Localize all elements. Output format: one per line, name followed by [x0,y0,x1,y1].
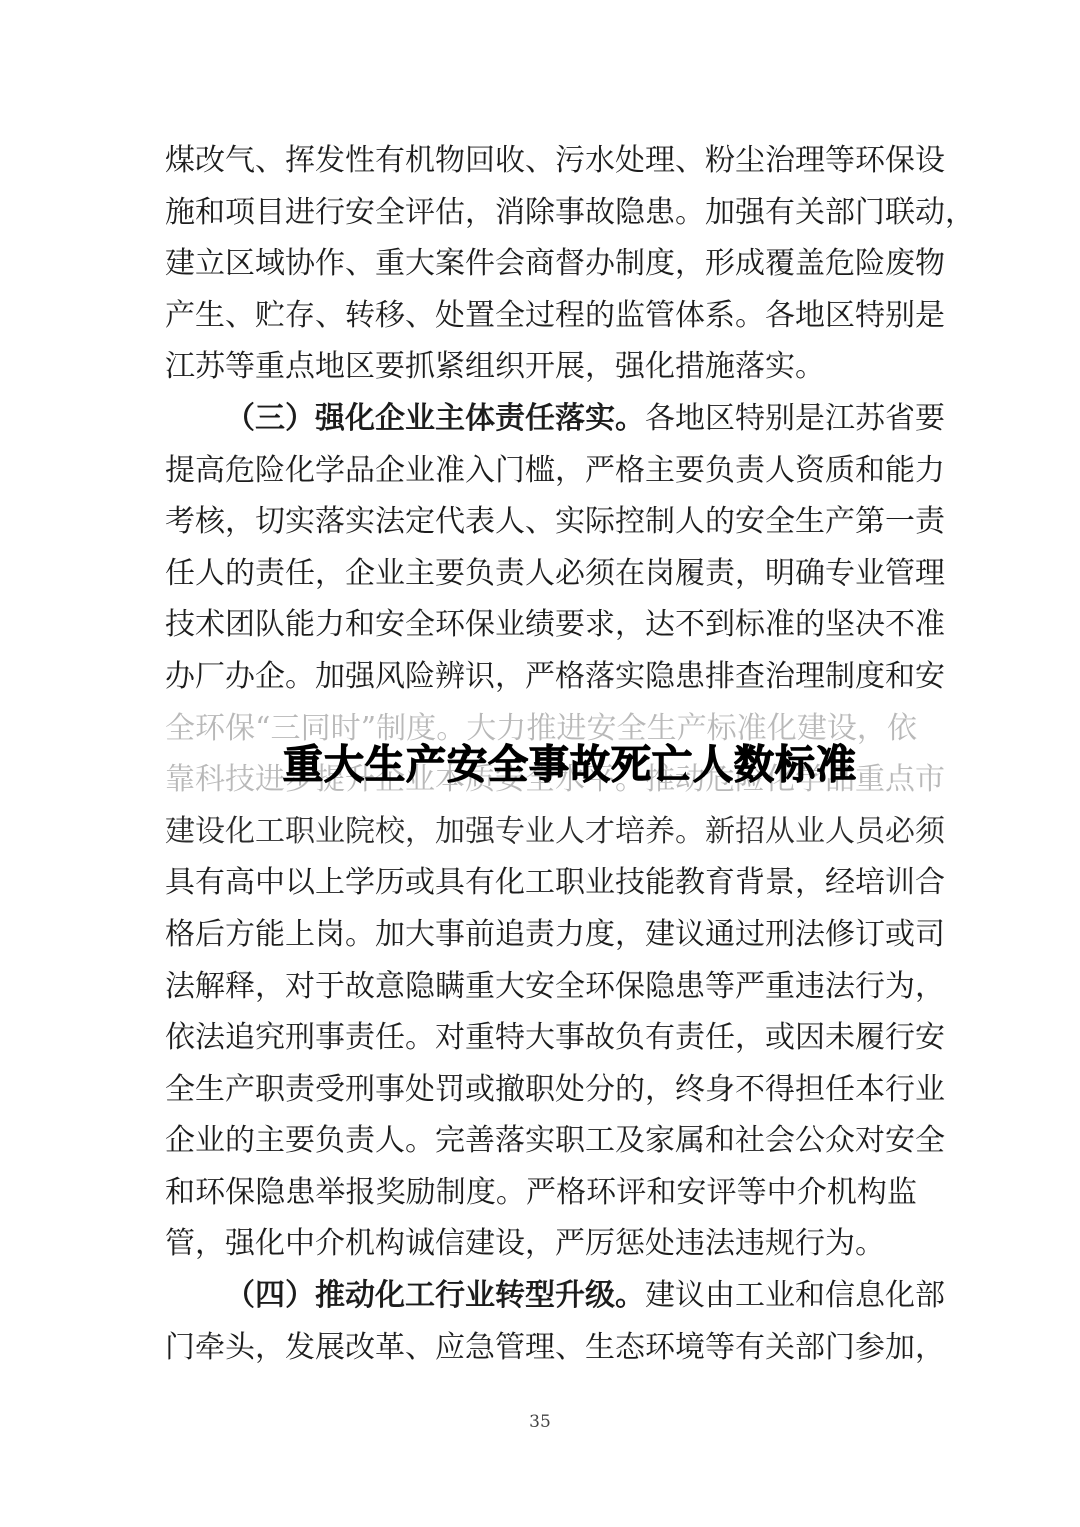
text-line: 煤改气、挥发性有机物回收、污水处理、粉尘治理等环保设 [165,135,917,187]
text-line: 技术团队能力和安全环保业绩要求，达不到标准的坚决不准 [165,599,917,651]
text-line: 格后方能上岗。加大事前追责力度，建议通过刑法修订或司 [165,909,917,961]
text-line: 全生产职责受刑事处罚或撤职处分的，终身不得担任本行业 [165,1064,917,1116]
text-line: 任人的责任，企业主要负责人必须在岗履责，明确专业管理 [165,548,917,600]
section-text: 建议由工业和信息化部 [645,1278,945,1313]
text-line: 江苏等重点地区要抓紧组织开展，强化措施落实。 [165,341,917,393]
text-line: 企业的主要负责人。完善落实职工及家属和社会公众对安全 [165,1115,917,1167]
text-line: 产生、贮存、转移、处置全过程的监管体系。各地区特别是 [165,290,917,342]
section-heading-line: （四）推动化工行业转型升级。建议由工业和信息化部 [165,1270,917,1322]
section-heading-three: （三）强化企业主体责任落实。 [225,401,645,436]
text-line: 法解释，对于故意隐瞒重大安全环保隐患等严重违法行为， [165,961,917,1013]
text-line: 依法追究刑事责任。对重特大事故负有责任，或因未履行安 [165,1012,917,1064]
text-line: 建设化工职业院校，加强专业人才培养。新招从业人员必须 [165,806,917,858]
text-line: 办厂办企。加强风险辨识，严格落实隐患排查治理制度和安 [165,651,917,703]
text-line: 考核，切实落实法定代表人、实际控制人的安全生产第一责 [165,496,917,548]
section-heading-four: （四）推动化工行业转型升级。 [225,1278,645,1313]
section-heading-line: （三）强化企业主体责任落实。各地区特别是江苏省要 [165,393,917,445]
text-line: 和环保隐患举报奖励制度。严格环评和安评等中介机构监 [165,1167,917,1219]
section-text: 各地区特别是江苏省要 [645,401,945,436]
text-line: 门牵头，发展改革、应急管理、生态环境等有关部门参加， [165,1322,917,1374]
document-page: 煤改气、挥发性有机物回收、污水处理、粉尘治理等环保设 施和项目进行安全评估，消除… [0,0,1080,1527]
text-line: 建立区域协作、重大案件会商督办制度，形成覆盖危险废物 [165,238,917,290]
text-line: 管，强化中介机构诚信建设，严厉惩处违法违规行为。 [165,1218,917,1270]
text-line: 具有高中以上学历或具有化工职业技能教育背景，经培训合 [165,857,917,909]
page-number: 35 [0,1412,1080,1432]
text-line: 施和项目进行安全评估，消除事故隐患。加强有关部门联动， [165,187,917,239]
text-line: 提高危险化学品企业准入门槛，严格主要负责人资质和能力 [165,445,917,497]
overlay-title: 重大生产安全事故死亡人数标准 [283,737,857,793]
